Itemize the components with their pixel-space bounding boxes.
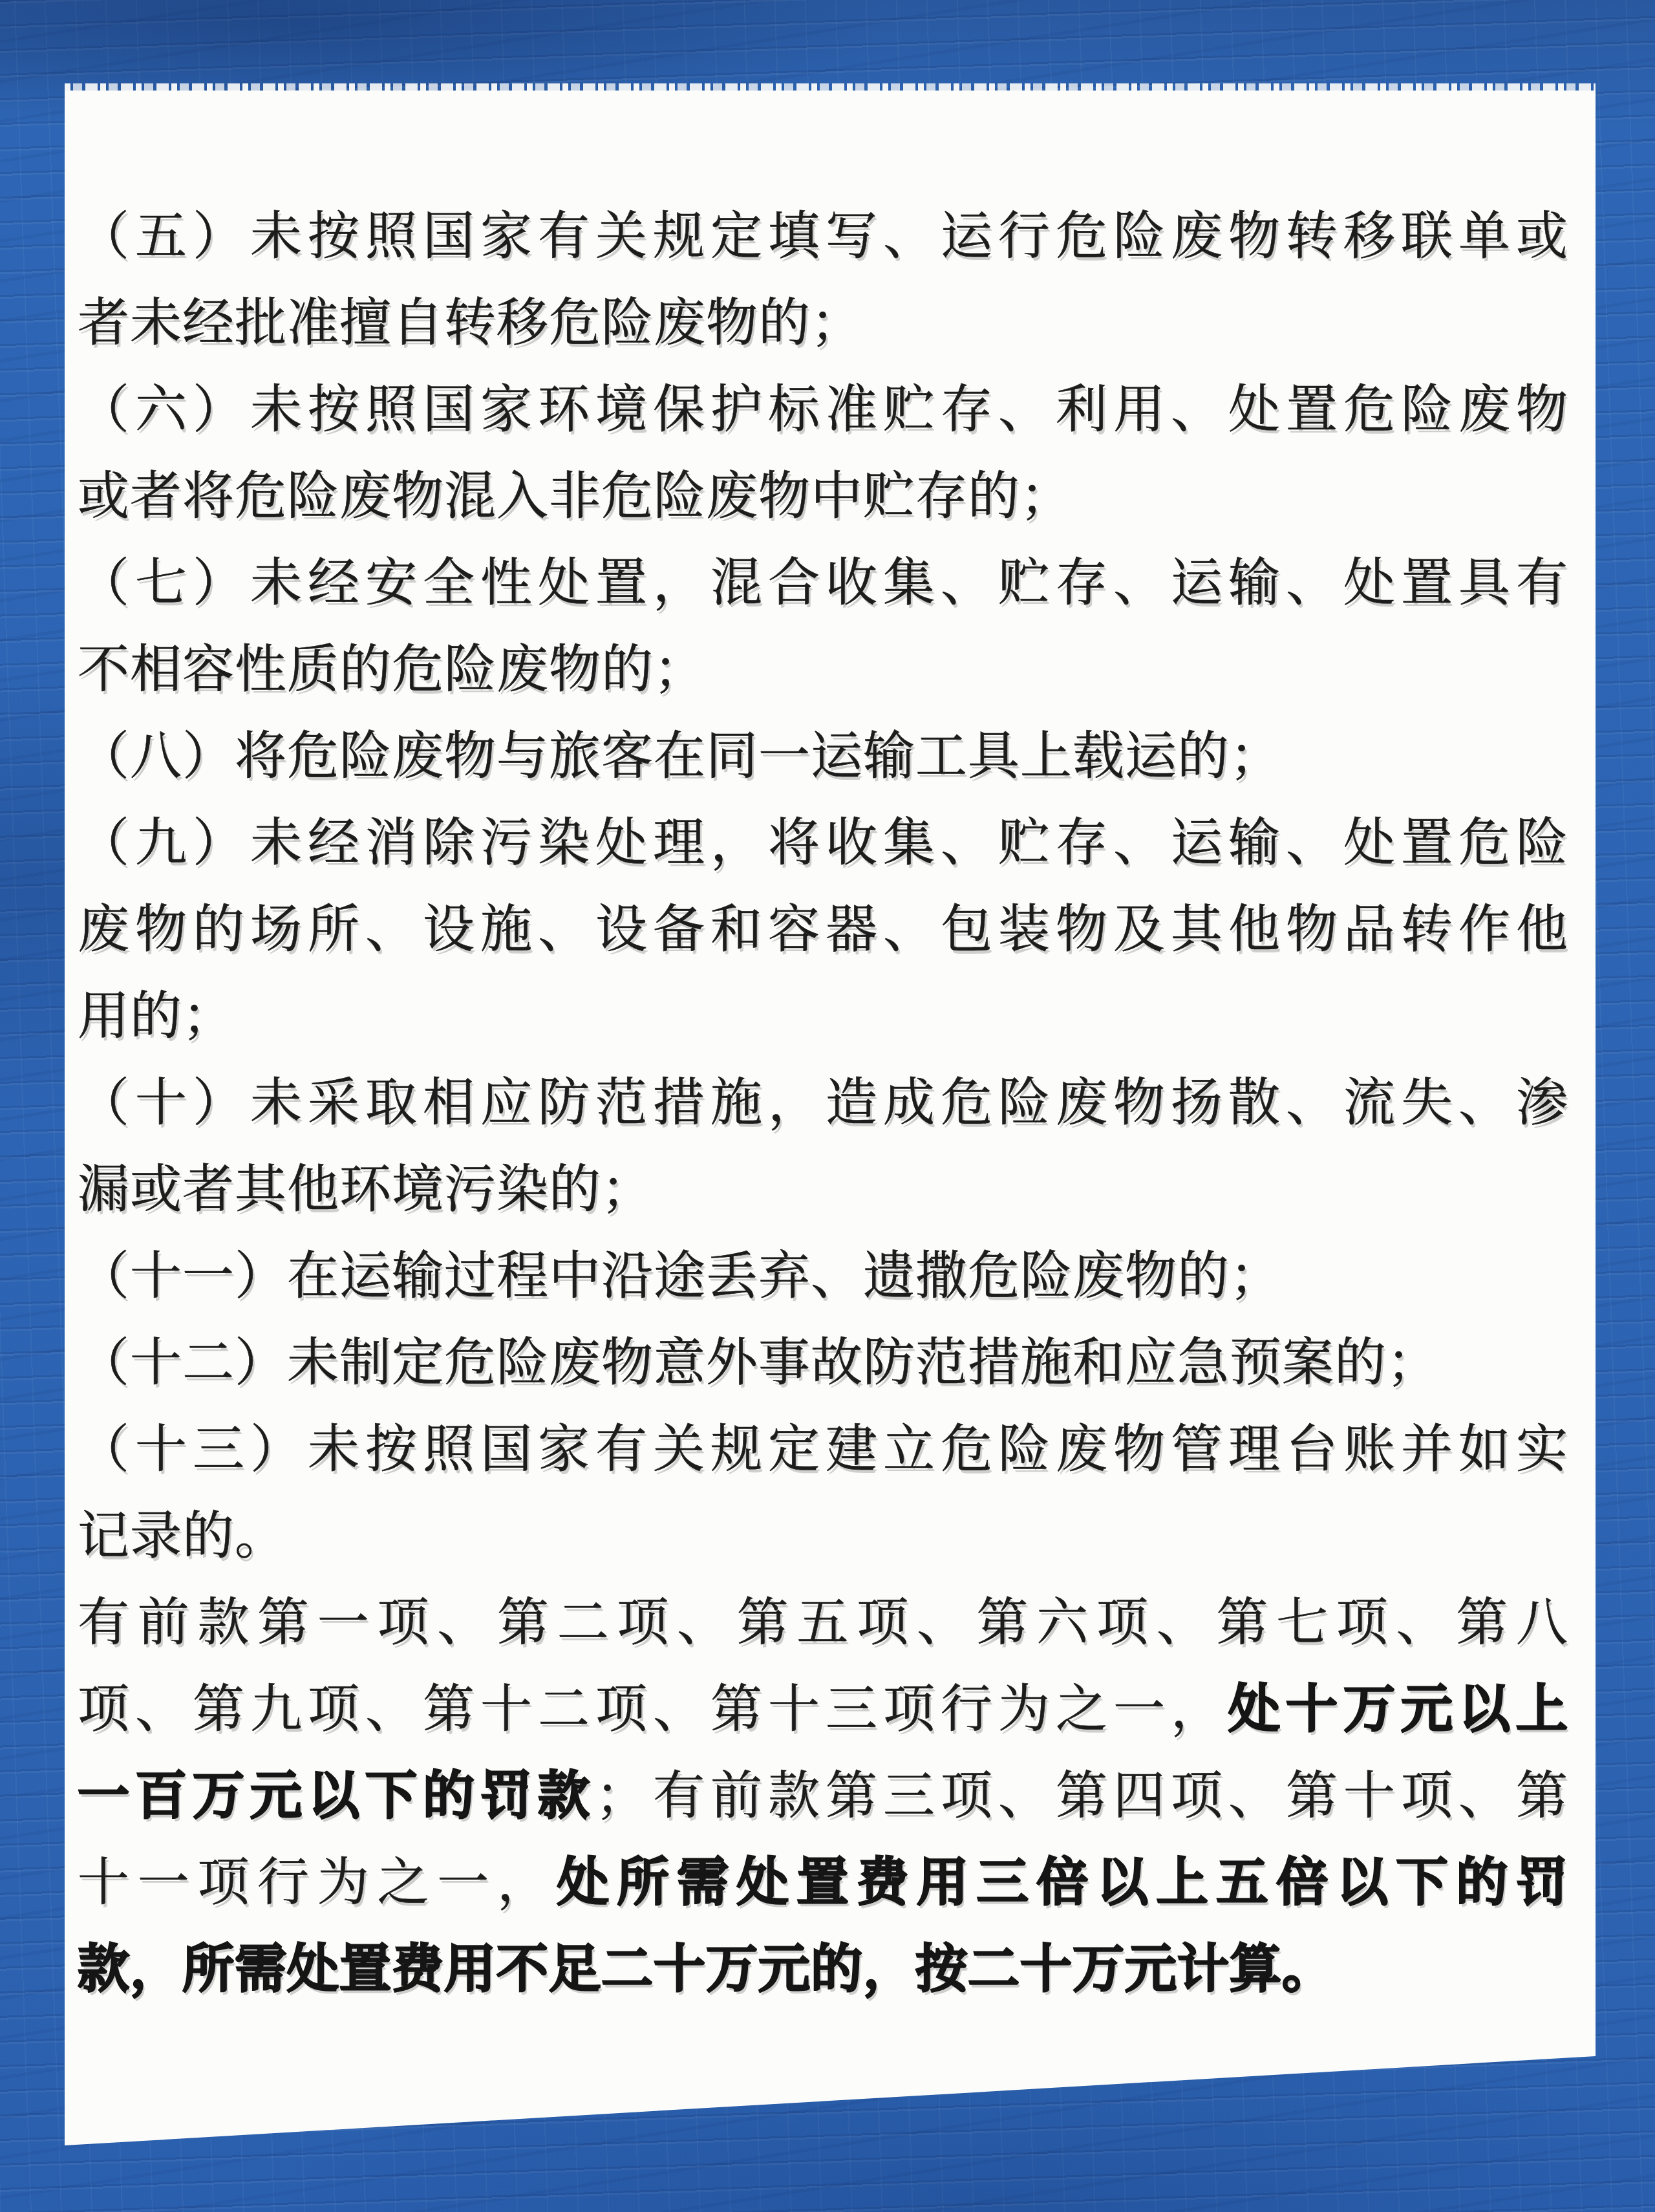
text-run: （五）未按照国家有关规定填写、运行危险废物转移联单或: [78, 207, 1568, 264]
text-run: 或者将危险废物混入非危险废物中贮存的；: [78, 467, 1073, 524]
text-run: 十一项行为之一，: [78, 1853, 557, 1911]
text-line: 者未经批准擅自转移危险废物的；: [78, 279, 1568, 366]
text-run: 用的；: [78, 987, 235, 1044]
text-run: ；有前款第三项、第四项、第十项、第: [595, 1766, 1568, 1824]
text-run: （八）将危险废物与旅客在同一运输工具上载运的；: [78, 727, 1282, 784]
text-line: 有前款第一项、第二项、第五项、第六项、第七项、第八: [78, 1579, 1568, 1666]
text-line: 废物的场所、设施、设备和容器、包装物及其他物品转作他: [78, 886, 1568, 972]
bold-text-run: 处所需处置费用三倍以上五倍以下的罚: [557, 1853, 1568, 1911]
text-line: （九）未经消除污染处理，将收集、贮存、运输、处置危险: [78, 799, 1568, 886]
text-run: 项、第九项、第十二项、第十三项行为之一，: [78, 1680, 1228, 1737]
bold-text-run: 款，所需处置费用不足二十万元的，按二十万元计算。: [78, 1940, 1334, 1997]
text-run: 者未经批准擅自转移危险废物的；: [78, 294, 863, 351]
text-run: 记录的。: [78, 1507, 287, 1564]
text-line: （六）未按照国家环境保护标准贮存、利用、处置危险废物: [78, 366, 1568, 453]
text-line: 款，所需处置费用不足二十万元的，按二十万元计算。: [78, 1926, 1568, 2012]
text-line: 一百万元以下的罚款；有前款第三项、第四项、第十项、第: [78, 1752, 1568, 1839]
text-line: （十）未采取相应防范措施，造成危险废物扬散、流失、渗: [78, 1059, 1568, 1146]
legal-text-card: （五）未按照国家有关规定填写、运行危险废物转移联单或者未经批准擅自转移危险废物的…: [65, 91, 1596, 2145]
text-line: （十一）在运输过程中沿途丢弃、遗撒危险废物的；: [78, 1232, 1568, 1319]
text-run: （六）未按照国家环境保护标准贮存、利用、处置危险废物: [78, 380, 1568, 438]
text-run: （九）未经消除污染处理，将收集、贮存、运输、处置危险: [78, 813, 1568, 871]
text-run: 有前款第一项、第二项、第五项、第六项、第七项、第八: [78, 1593, 1568, 1651]
text-run: （十二）未制定危险废物意外事故防范措施和应急预案的；: [78, 1333, 1439, 1391]
text-line: 项、第九项、第十二项、第十三项行为之一，处十万元以上: [78, 1666, 1568, 1752]
text-run: 不相容性质的危险废物的；: [78, 640, 706, 698]
text-line: 不相容性质的危险废物的；: [78, 626, 1568, 713]
text-run: （十一）在运输过程中沿途丢弃、遗撒危险废物的；: [78, 1247, 1282, 1304]
text-run: （十三）未按照国家有关规定建立危险废物管理台账并如实: [78, 1420, 1568, 1477]
text-line: 十一项行为之一，处所需处置费用三倍以上五倍以下的罚: [78, 1839, 1568, 1926]
text-run: 漏或者其他环境污染的；: [78, 1160, 654, 1218]
bold-text-run: 处十万元以上: [1228, 1680, 1568, 1737]
text-line: （八）将危险废物与旅客在同一运输工具上载运的；: [78, 713, 1568, 799]
text-line: （五）未按照国家有关规定填写、运行危险废物转移联单或: [78, 193, 1568, 279]
text-line: （七）未经安全性处置，混合收集、贮存、运输、处置具有: [78, 539, 1568, 626]
text-line: 记录的。: [78, 1492, 1568, 1579]
text-line: 漏或者其他环境污染的；: [78, 1146, 1568, 1232]
text-run: （十）未采取相应防范措施，造成危险废物扬散、流失、渗: [78, 1073, 1568, 1131]
text-run: 废物的场所、设施、设备和容器、包装物及其他物品转作他: [78, 900, 1568, 958]
text-line: （十三）未按照国家有关规定建立危险废物管理台账并如实: [78, 1406, 1568, 1492]
text-run: （七）未经安全性处置，混合收集、贮存、运输、处置具有: [78, 553, 1568, 611]
legal-text-block: （五）未按照国家有关规定填写、运行危险废物转移联单或者未经批准擅自转移危险废物的…: [78, 193, 1568, 2012]
text-line: 用的；: [78, 972, 1568, 1059]
text-line: （十二）未制定危险废物意外事故防范措施和应急预案的；: [78, 1319, 1568, 1406]
bold-text-run: 一百万元以下的罚款: [78, 1766, 595, 1824]
text-line: 或者将危险废物混入非危险废物中贮存的；: [78, 453, 1568, 539]
